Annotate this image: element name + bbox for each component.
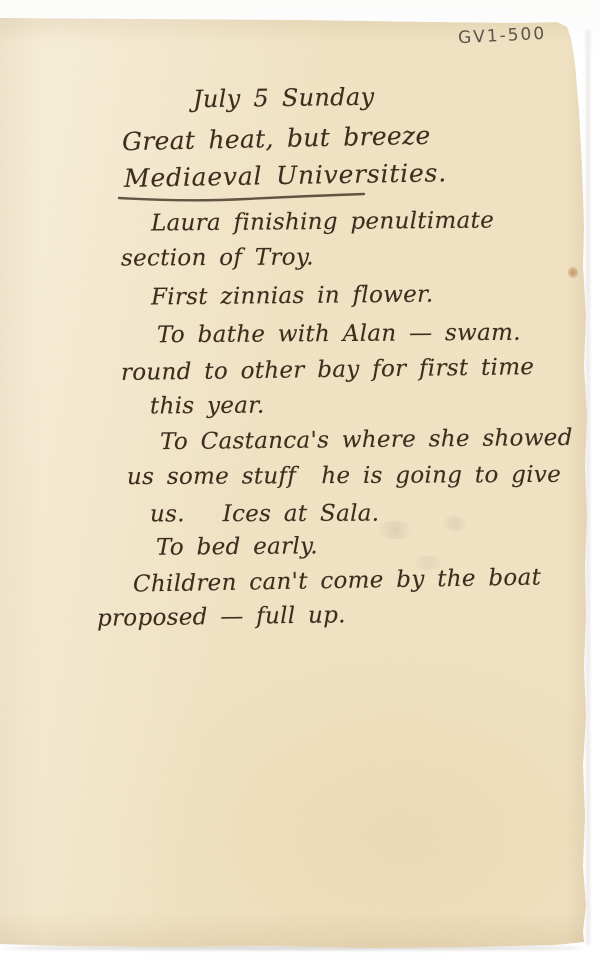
paper-side-shadow (586, 30, 590, 945)
handwritten-line-heading: Mediaeval Universities. (124, 158, 447, 193)
handwritten-line-date: July 5 Sunday (193, 83, 375, 114)
paper-bottom-shadow (4, 946, 584, 950)
handwritten-line: Laura finishing penultimate (151, 208, 494, 237)
handwritten-line: To bathe with Alan — swam. (157, 320, 521, 349)
foxing-stain (568, 266, 578, 279)
ink-smudge (438, 516, 472, 531)
handwritten-line: this year. (150, 393, 265, 420)
handwritten-line: us some stuff he is going to give (127, 462, 561, 490)
handwritten-line: To bed early. (156, 533, 318, 560)
handwritten-line: section of Troy. (121, 244, 314, 271)
handwritten-line: proposed — full up. (97, 602, 346, 631)
handwritten-line: us. Ices at Sala. (150, 501, 379, 528)
handwritten-line: First zinnias in flower. (151, 282, 434, 311)
handwritten-line: To Castanca's where she showed (160, 425, 573, 455)
scanned-page: GV1-500 July 5 Sunday Great heat, but br… (0, 0, 600, 960)
